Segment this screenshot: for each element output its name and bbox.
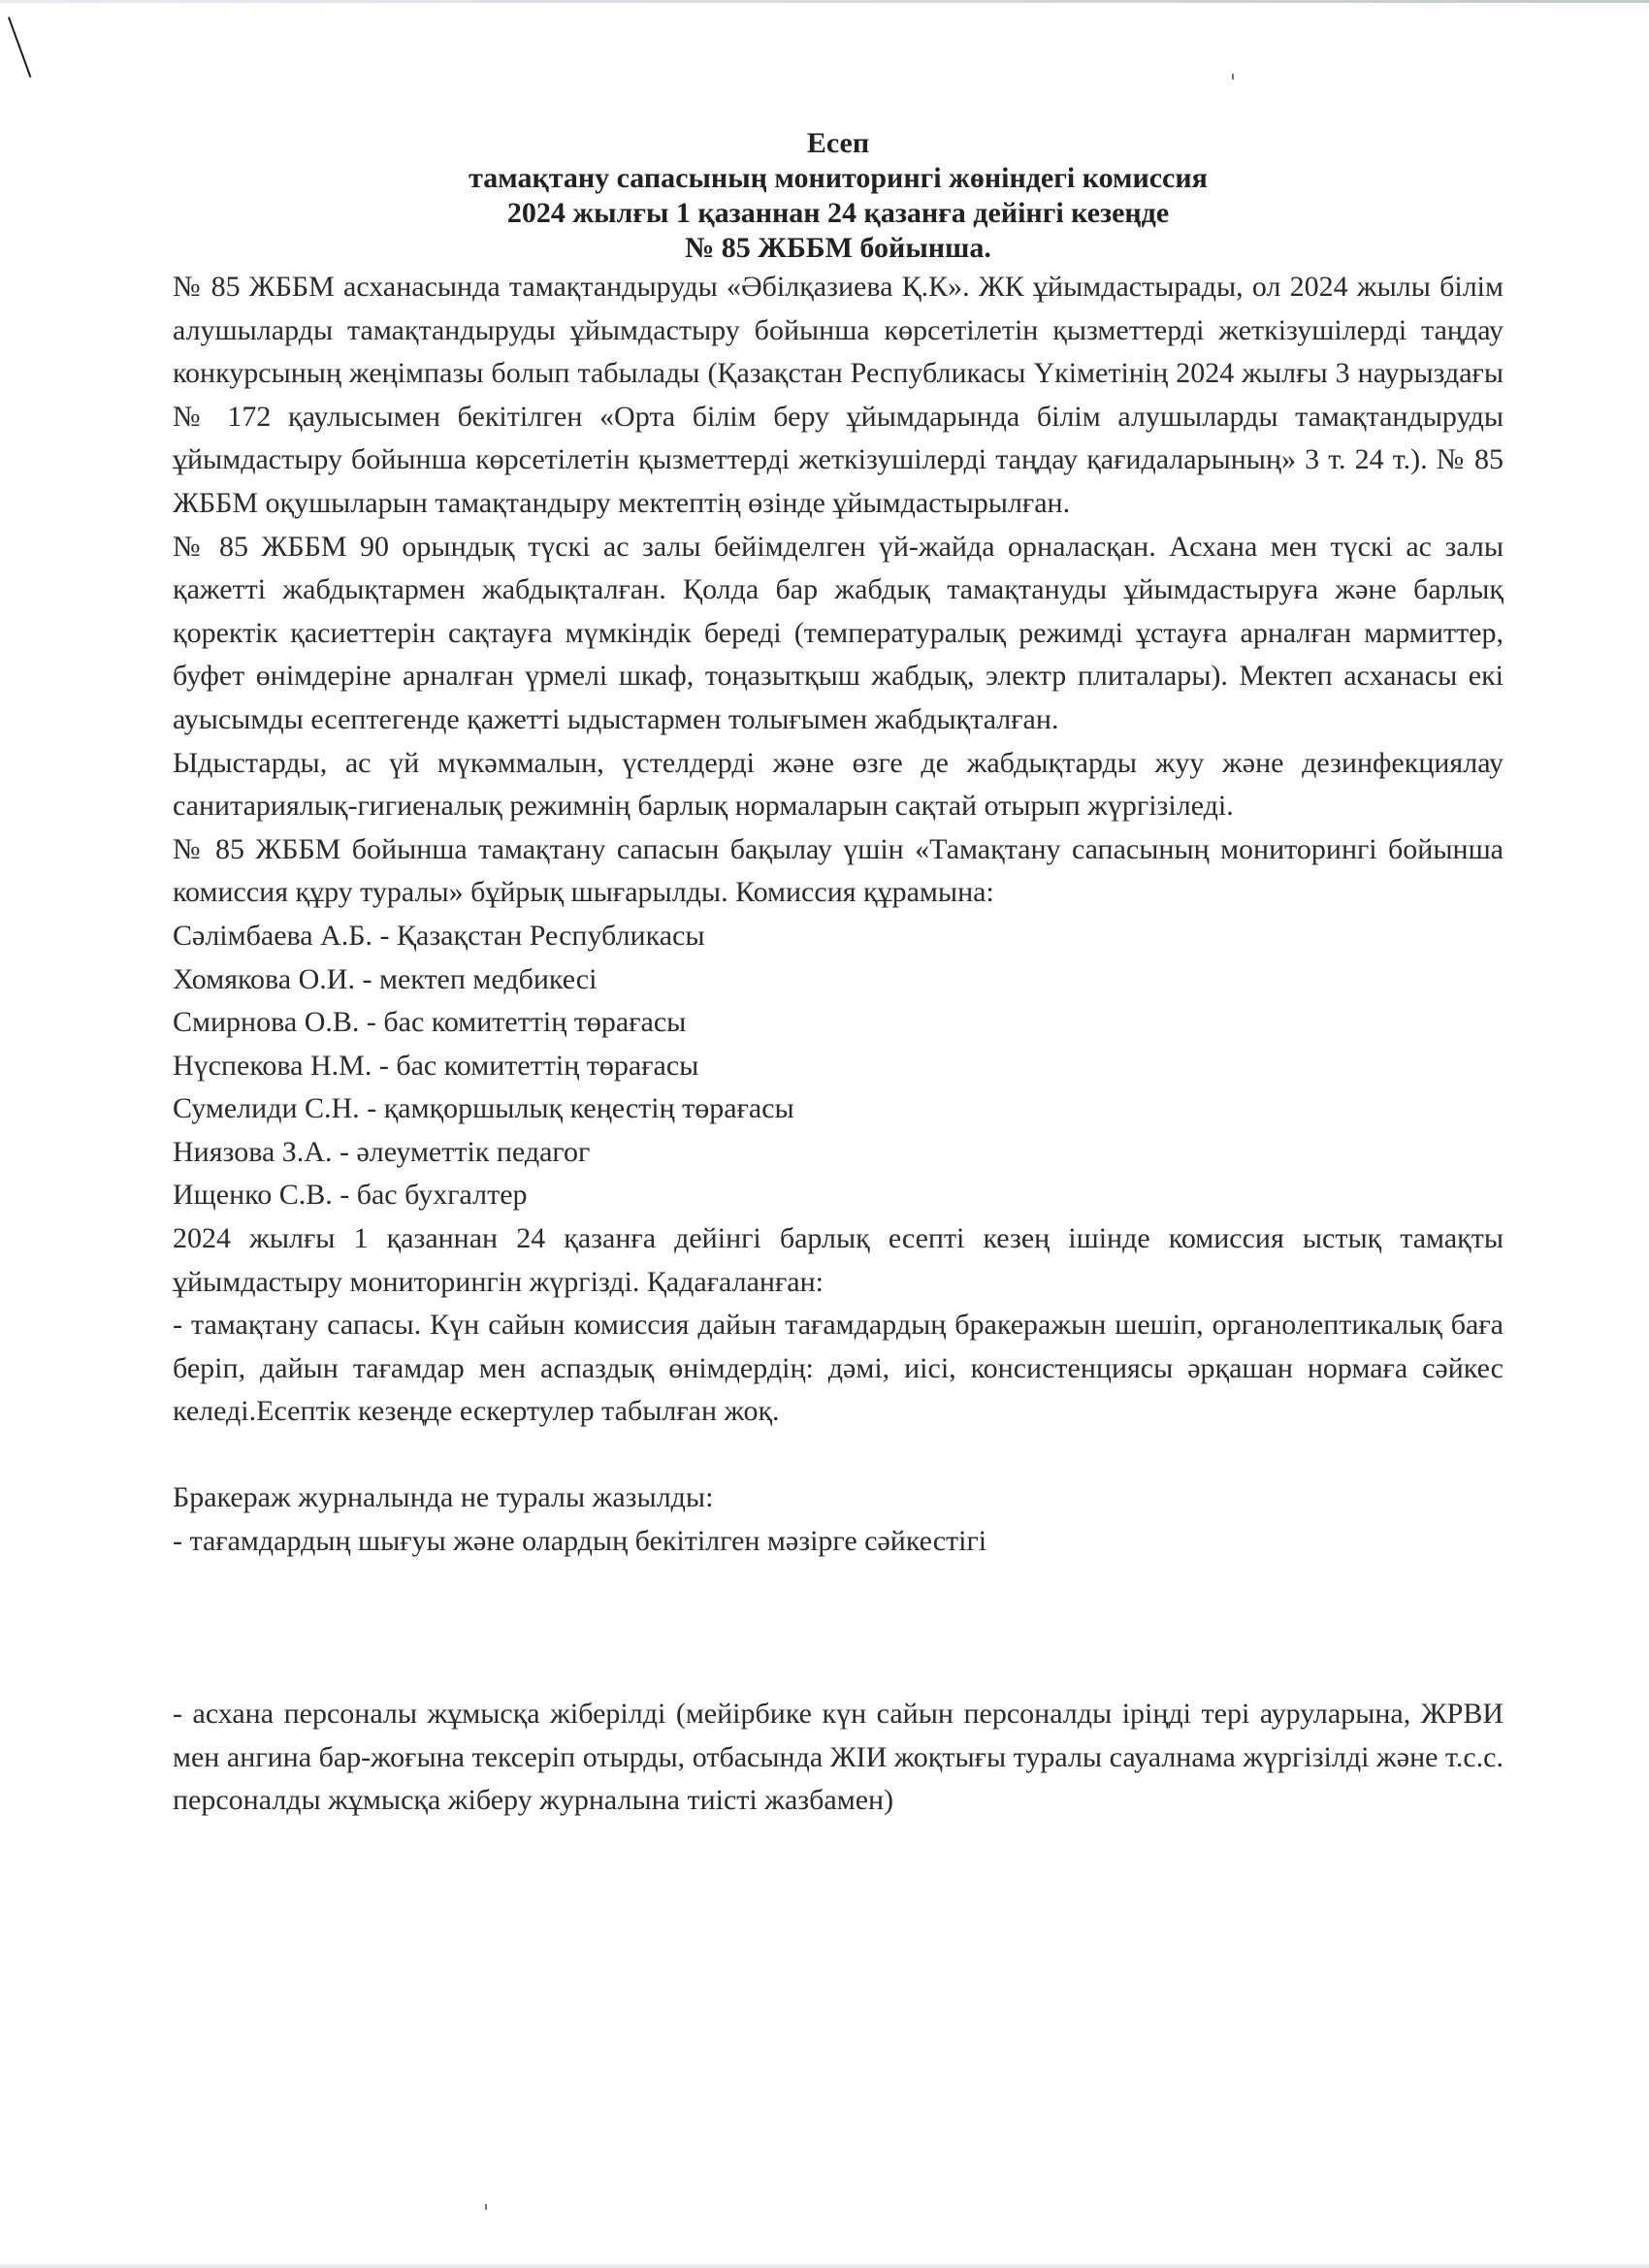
document-page: Есеп тамақтану сапасының мониторингі жөн… <box>173 126 1503 1823</box>
paragraph-dining-hall: № 85 ЖББМ 90 орындық түскі ас залы бейім… <box>173 526 1503 742</box>
member-separator: - <box>372 1050 396 1082</box>
member-role: бас комитеттің төрағасы <box>383 1006 686 1038</box>
member-separator: - <box>355 963 379 995</box>
commission-member: Ниязова З.А. - әлеуметтік педагог <box>173 1131 1503 1175</box>
member-role: мектеп медбикесі <box>379 963 598 995</box>
member-separator: - <box>333 1179 357 1211</box>
title-line-school: № 85 ЖББМ бойынша. <box>173 231 1503 266</box>
member-role: Қазақстан Республикасы <box>397 920 705 952</box>
member-name: Сәлімбаева А.Б. <box>173 920 372 952</box>
commission-member: Смирнова О.В. - бас комитеттің төрағасы <box>173 1001 1503 1045</box>
commission-member-list: Сәлімбаева А.Б. - Қазақстан Республикасы… <box>173 915 1503 1217</box>
member-separator: - <box>360 1092 384 1124</box>
list-item-staff-admission: - асхана персоналы жұмысқа жіберілді (ме… <box>173 1693 1503 1823</box>
member-role: бас комитеттің төрағасы <box>396 1050 698 1082</box>
member-name: Ниязова З.А. <box>173 1136 332 1168</box>
member-role: әлеуметтік педагог <box>356 1136 590 1168</box>
paragraph-commission-order: № 85 ЖББМ бойынша тамақтану сапасын бақы… <box>173 828 1503 915</box>
member-name: Хомякова О.И. <box>173 963 355 995</box>
scan-edge-top <box>0 0 1649 3</box>
pen-stroke-mark <box>8 16 31 78</box>
title-line-commission: тамақтану сапасының мониторингі жөніндег… <box>173 161 1503 196</box>
scan-speck <box>1232 74 1234 80</box>
title-line-period: 2024 жылғы 1 қазаннан 24 қазанға дейінгі… <box>173 196 1503 231</box>
member-separator: - <box>372 920 397 952</box>
commission-member: Нүспекова Н.М. - бас комитеттің төрағасы <box>173 1045 1503 1088</box>
document-title-block: Есеп тамақтану сапасының мониторингі жөн… <box>173 126 1503 266</box>
commission-member: Ищенко С.В. - бас бухгалтер <box>173 1174 1503 1217</box>
scan-edge-bottom <box>0 2264 1649 2268</box>
list-item-menu-compliance: - тағамдардың шығуы және олардың бекітіл… <box>173 1520 1503 1564</box>
document-body: № 85 ЖББМ асханасында тамақтандыруды «Әб… <box>173 266 1503 1823</box>
commission-member: Хомякова О.И. - мектеп медбикесі <box>173 958 1503 1002</box>
blank-spacer <box>173 1434 1503 1476</box>
paragraph-catering-organizer: № 85 ЖББМ асханасында тамақтандыруды «Әб… <box>173 266 1503 526</box>
commission-member: Сумелиди С.Н. - қамқоршылық кеңестің төр… <box>173 1087 1503 1131</box>
member-name: Нүспекова Н.М. <box>173 1050 372 1082</box>
blank-spacer <box>173 1563 1503 1693</box>
list-item-food-quality: - тамақтану сапасы. Күн сайын комиссия д… <box>173 1304 1503 1434</box>
member-role: қамқоршылық кеңестің төрағасы <box>384 1092 794 1124</box>
title-line-report: Есеп <box>173 126 1503 161</box>
member-separator: - <box>332 1136 356 1168</box>
member-name: Сумелиди С.Н. <box>173 1092 360 1124</box>
member-separator: - <box>359 1006 383 1038</box>
member-name: Ищенко С.В. <box>173 1179 333 1211</box>
paragraph-sanitation: Ыдыстарды, ас үй мүкәммалын, үстелдерді … <box>173 742 1503 828</box>
scan-speck <box>485 2204 487 2210</box>
paragraph-monitoring-period: 2024 жылғы 1 қазаннан 24 қазанға дейінгі… <box>173 1217 1503 1304</box>
member-role: бас бухгалтер <box>357 1179 528 1211</box>
commission-member: Сәлімбаева А.Б. - Қазақстан Республикасы <box>173 915 1503 958</box>
member-name: Смирнова О.В. <box>173 1006 359 1038</box>
journal-heading: Бракераж журналында не туралы жазылды: <box>173 1476 1503 1520</box>
